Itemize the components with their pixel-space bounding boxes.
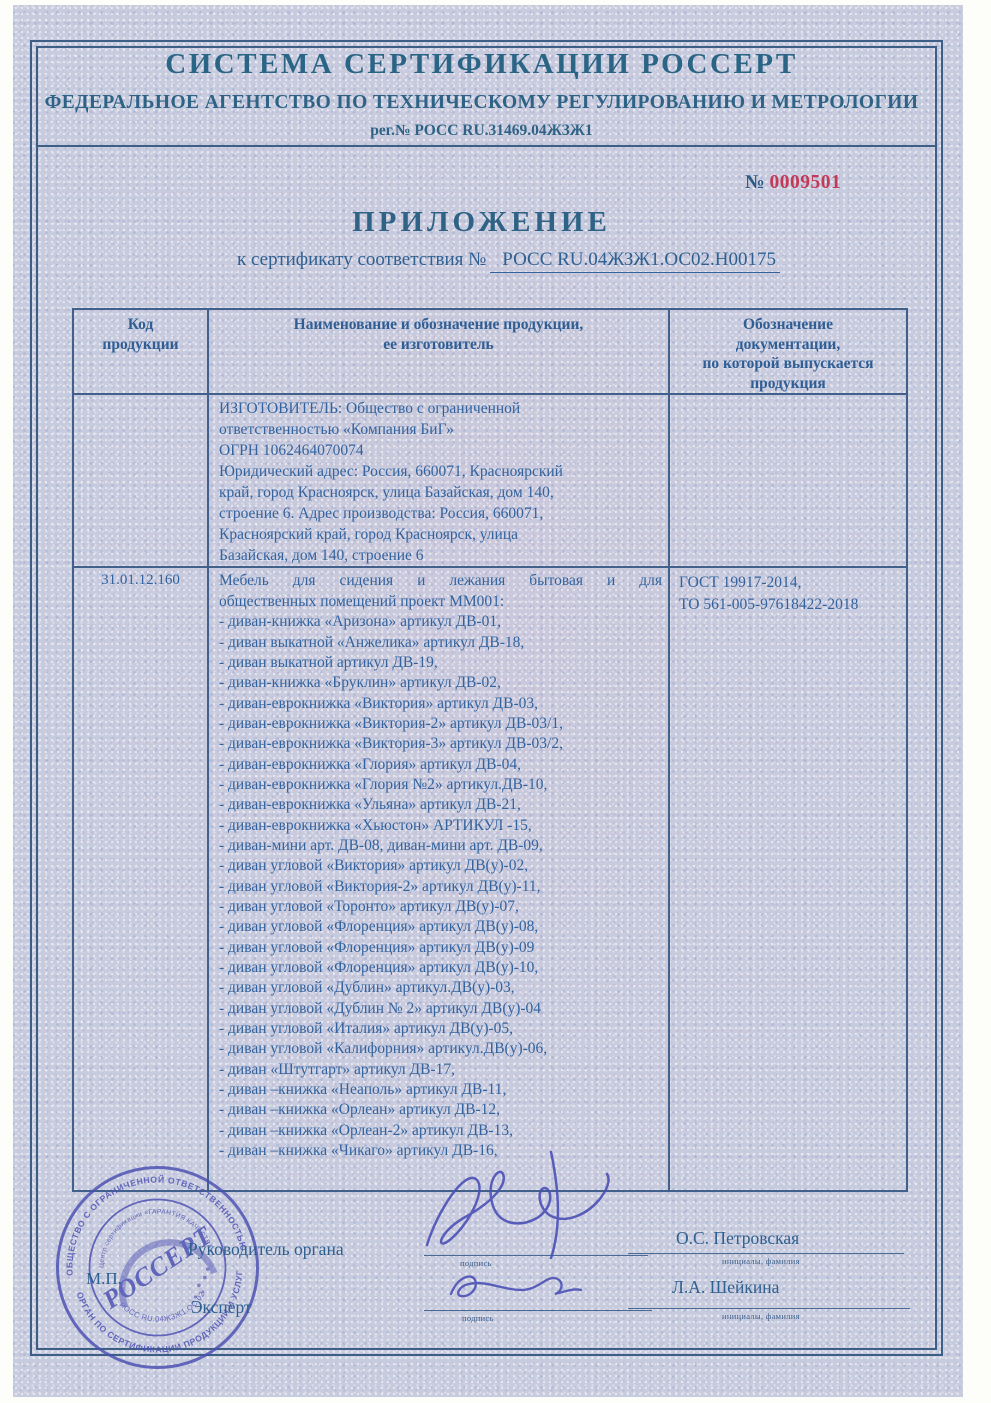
product-item: - диван угловой «Флоренция» артикул ДВ(у…: [219, 938, 660, 958]
certificate-line: к сертификату соответствия №РОСС RU.04ЖЗ…: [237, 249, 780, 271]
head-signature-image: [415, 1150, 665, 1265]
product-item: - диван-еврокнижка «Глория №2» артикул.Д…: [219, 775, 660, 795]
product-item: - диван-еврокнижка «Ульяна» артикул ДВ-2…: [219, 795, 660, 815]
product-item: - диван-еврокнижка «Виктория-2» артикул …: [219, 714, 660, 734]
product-code-cell: 31.01.12.160: [73, 567, 208, 1191]
doc-column-header: Обозначение документации, по которой вып…: [669, 309, 907, 394]
product-item: - диван угловой «Флоренция» артикул ДВ(у…: [219, 958, 660, 978]
products-intro-line2: общественных помещений проект ММ001:: [219, 592, 660, 613]
expert-signature-caption: подпись: [462, 1313, 494, 1323]
product-item: - диван-еврокнижка «Хьюстон» АРТИКУЛ -15…: [219, 816, 660, 836]
manufacturer-row: ИЗГОТОВИТЕЛЬ: Общество с ограниченной от…: [73, 394, 907, 567]
product-item: - диван угловой «Дублин» артикул.ДВ(у)-0…: [219, 978, 660, 998]
certificate-number: РОСС RU.04ЖЗЖ1.ОС02.Н00175: [490, 249, 780, 273]
table-header-row: Код продукции Наименование и обозначение…: [73, 309, 907, 394]
blank-serial-number: № 0009501: [745, 172, 841, 194]
manufacturer-code-cell-empty: [73, 394, 208, 567]
code-column-header: Код продукции: [73, 309, 208, 394]
product-item: - диван-еврокнижка «Глория» артикул ДВ-0…: [219, 755, 660, 775]
certificate-line-prefix: к сертификату соответствия №: [237, 249, 486, 270]
products-cell: Мебель для сидения и лежания бытовая и д…: [208, 567, 669, 1191]
product-item: - диван выкатной артикул ДВ-19,: [219, 653, 660, 673]
serial-label: №: [745, 172, 765, 193]
product-item: - диван «Штутгарт» артикул ДВ-17,: [219, 1060, 660, 1080]
expert-name-line: [628, 1308, 910, 1309]
header-divider: [38, 145, 937, 147]
expert-name: Л.А. Шейкина: [672, 1277, 779, 1298]
appendix-title: ПРИЛОЖЕНИЕ: [0, 206, 963, 239]
product-item: - диван-книжка «Аризона» артикул ДВ-01,: [219, 612, 660, 632]
product-item: - диван-мини арт. ДВ-08, диван-мини арт.…: [219, 836, 660, 856]
product-item: - диван-еврокнижка «Виктория» артикул ДВ…: [219, 694, 660, 714]
head-name: О.С. Петровская: [676, 1228, 799, 1249]
product-item: - диван угловой «Виктория-2» артикул ДВ(…: [219, 877, 660, 897]
expert-name-caption: инициалы, фамилия: [722, 1311, 800, 1321]
product-item: - диван-книжка «Бруклин» артикул ДВ-02,: [219, 673, 660, 693]
products-row: 31.01.12.160 Мебель для сидения и лежани…: [73, 567, 907, 1191]
stamp-place-label: М.П.: [86, 1269, 122, 1289]
products-intro-line1: Мебель для сидения и лежания бытовая и д…: [219, 571, 662, 592]
certificate-page: СИСТЕМА СЕРТИФИКАЦИИ РОССЕРТ ФЕДЕРАЛЬНОЕ…: [0, 0, 991, 1403]
head-name-line: [628, 1253, 904, 1254]
agency-title: ФЕДЕРАЛЬНОЕ АГЕНТСТВО ПО ТЕХНИЧЕСКОМУ РЕ…: [0, 92, 963, 114]
product-item: - диван угловой «Торонто» артикул ДВ(у)-…: [219, 897, 660, 917]
head-name-caption: инициалы, фамилия: [722, 1256, 800, 1266]
expert-signature-image: [445, 1260, 595, 1312]
manufacturer-cell: ИЗГОТОВИТЕЛЬ: Общество с ограниченной от…: [208, 394, 669, 567]
round-seal: ОБЩЕСТВО С ОГРАНИЧЕННОЙ ОТВЕТСТВЕННОСТЬЮ…: [36, 1146, 279, 1389]
registration-number: рег.№ РОСС RU.31469.04ЖЗЖ1: [0, 122, 963, 140]
name-column-header: Наименование и обозначение продукции, ее…: [208, 309, 669, 394]
product-item: - диван –книжка «Орлеан-2» артикул ДВ-13…: [219, 1121, 660, 1141]
manufacturer-doc-cell-empty: [669, 394, 907, 567]
documentation-cell: ГОСТ 19917-2014, ТО 561-005-97618422-201…: [669, 567, 907, 1191]
product-item: - диван –книжка «Орлеан» артикул ДВ-12,: [219, 1100, 660, 1120]
product-item: - диван выкатной «Анжелика» артикул ДВ-1…: [219, 633, 660, 653]
expert-label: Эксперт: [191, 1297, 252, 1318]
product-item: - диван угловой «Дублин № 2» артикул ДВ(…: [219, 999, 660, 1019]
head-of-body-label: Руководитель органа: [188, 1239, 344, 1260]
product-item: - диван-еврокнижка «Виктория-3» артикул …: [219, 734, 660, 754]
products-table: Код продукции Наименование и обозначение…: [72, 308, 908, 1192]
product-item: - диван угловой «Флоренция» артикул ДВ(у…: [219, 917, 660, 937]
product-item: - диван –книжка «Неаполь» артикул ДВ-11,: [219, 1080, 660, 1100]
product-item: - диван угловой «Калифорния» артикул.ДВ(…: [219, 1039, 660, 1059]
product-item: - диван угловой «Виктория» артикул ДВ(у)…: [219, 856, 660, 876]
product-item: - диван угловой «Италия» артикул ДВ(у)-0…: [219, 1019, 660, 1039]
serial-digits: 0009501: [769, 172, 841, 193]
system-title: СИСТЕМА СЕРТИФИКАЦИИ РОССЕРТ: [0, 48, 963, 81]
